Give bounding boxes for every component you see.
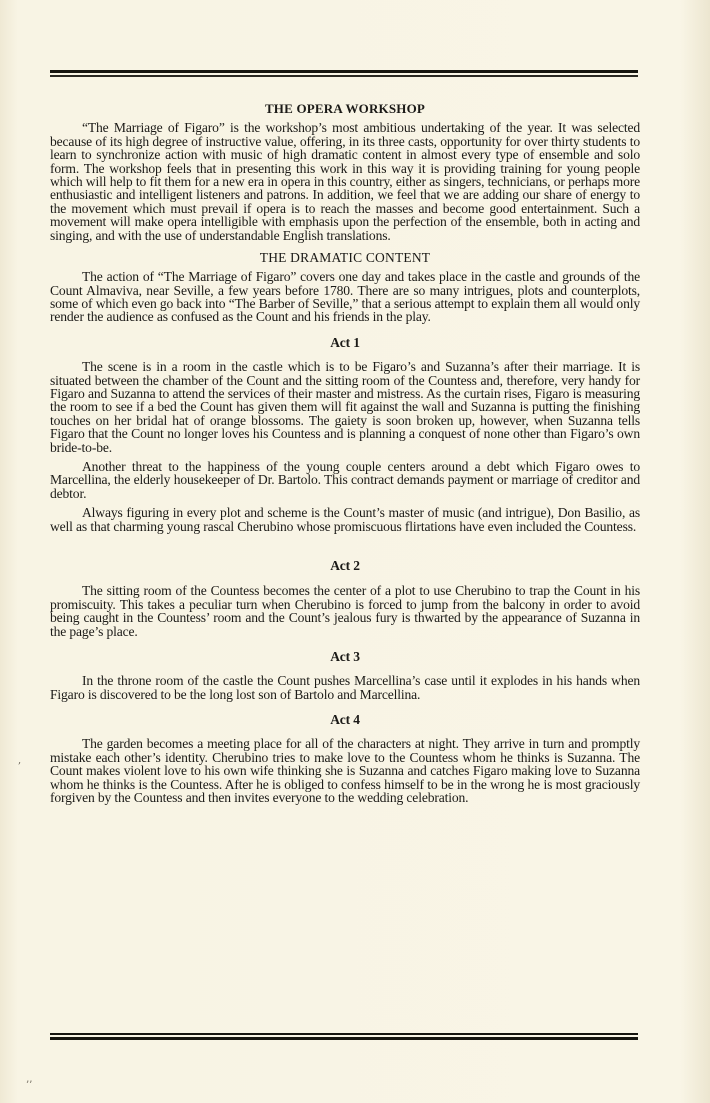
- act-3-paragraph-1: In the throne room of the castle the Cou…: [50, 674, 640, 701]
- bottom-double-rule: [50, 1033, 638, 1042]
- rule-thick-line: [50, 1037, 638, 1040]
- act-4-heading: Act 4: [50, 713, 640, 726]
- section-heading-dramatic-content: THE DRAMATIC CONTENT: [50, 251, 640, 264]
- act-1-heading: Act 1: [50, 336, 640, 349]
- paper-speck: ’’: [26, 1080, 32, 1091]
- scanned-page: THE OPERA WORKSHOP “The Marriage of Figa…: [0, 0, 710, 1103]
- rule-thin-line: [50, 1033, 638, 1035]
- act-1-paragraph-2: Another threat to the happiness of the y…: [50, 460, 640, 500]
- act-1-paragraph-1: The scene is in a room in the castle whi…: [50, 360, 640, 454]
- act-2-heading: Act 2: [50, 559, 640, 572]
- intro-paragraph: “The Marriage of Figaro” is the workshop…: [50, 121, 640, 242]
- act-4-paragraph-1: The garden becomes a meeting place for a…: [50, 737, 640, 804]
- act-3-heading: Act 3: [50, 650, 640, 663]
- page-title: THE OPERA WORKSHOP: [50, 102, 640, 115]
- act-2-paragraph-1: The sitting room of the Countess becomes…: [50, 584, 640, 638]
- page-content: THE OPERA WORKSHOP “The Marriage of Figa…: [50, 102, 640, 810]
- dramatic-content-paragraph: The action of “The Marriage of Figaro” c…: [50, 270, 640, 324]
- top-double-rule: [50, 70, 638, 79]
- rule-thin-line: [50, 75, 638, 77]
- paper-speck: ,: [18, 755, 21, 766]
- act-1-paragraph-3: Always figuring in every plot and scheme…: [50, 506, 640, 533]
- rule-thick-line: [50, 70, 638, 73]
